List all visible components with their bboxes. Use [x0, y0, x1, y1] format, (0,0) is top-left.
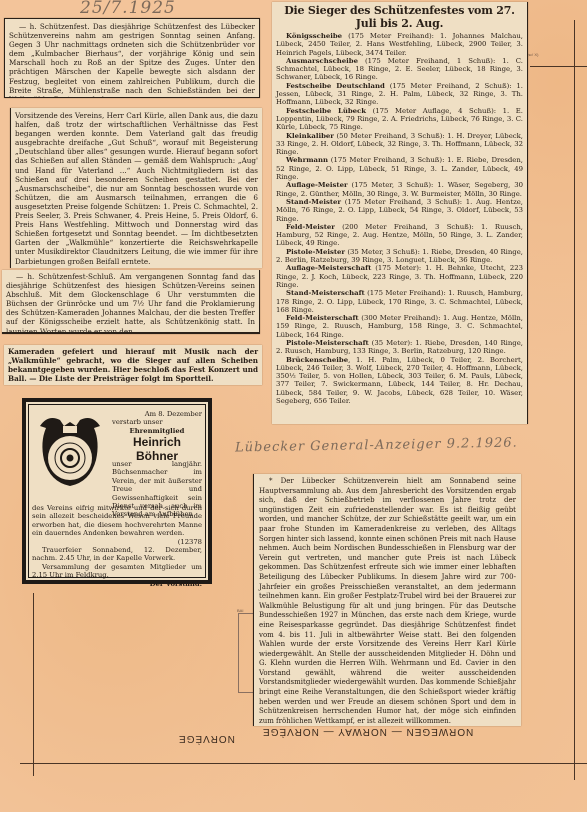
- winners-entry: Stand-Meister (175 Meter Freihand, 3 Sch…: [276, 198, 523, 223]
- clipping-schuetzenfest-part1: — h. Schützenfest. Das diesjährige Schüt…: [4, 18, 260, 98]
- winners-entry: Festscheibe Lübeck (175 Meter Auflage, 4…: [276, 107, 523, 132]
- eagle-target-emblem-icon: [34, 412, 106, 492]
- notice-funeral: Trauerfeier Sonnabend, 12. Dezember, nac…: [32, 546, 202, 563]
- album-rule-top-right: [530, 66, 587, 67]
- notice-body-text: des Vereins eifrig mitwirkte und der sic…: [32, 504, 202, 538]
- album-rule-bottom: [20, 763, 587, 764]
- winners-entry: Feld-Meister (200 Meter Freihand, 3 Schu…: [276, 223, 523, 248]
- clipping-schuetzenfest-schluss: — h. Schützenfest-Schluß. Am vergangenen…: [2, 270, 260, 334]
- clipping-sieger-liste: Die Sieger des Schützenfestes vom 27. Ju…: [272, 2, 528, 424]
- notice-line-2: verstarb unser: [112, 418, 202, 426]
- clipping-kameraden: Kameraden gefeiert und hierauf mit Musik…: [4, 345, 262, 385]
- winners-list: Königsscheibe (175 Meter Freihand): 1. J…: [276, 32, 523, 405]
- album-mark-top: (so' X): [527, 52, 538, 57]
- clipping-hauptversammlung: * Der Lübecker Schützenverein hielt am S…: [253, 474, 521, 726]
- album-rule-right: [574, 20, 575, 780]
- winners-entry: Pistole-Meister (35 Meter, 3 Schuß): 1. …: [276, 248, 523, 265]
- notice-signature: Der Vorstand.: [32, 580, 202, 588]
- handwritten-date: 25/7.1925: [80, 0, 176, 18]
- notice-assembly: Versammlung der gesamten Mitglieder um 2…: [32, 563, 202, 580]
- winners-entry: Königsscheibe (175 Meter Freihand): 1. J…: [276, 32, 523, 57]
- album-rule-left: [33, 593, 34, 776]
- winners-headline: Die Sieger des Schützenfestes vom 27. Ju…: [276, 4, 523, 30]
- winners-entry: Kleinkaliber (50 Meter Freihand, 3 Schuß…: [276, 132, 523, 157]
- winners-entry: Auflage-Meisterschaft (175 Meter): 1. H.…: [276, 264, 523, 289]
- notice-body-full: des Vereins eifrig mitwirkte und der sic…: [32, 504, 202, 588]
- winners-entry: Stand-Meisterschaft (175 Meter Freihand)…: [276, 289, 523, 314]
- winners-entry: Feld-Meisterschaft (300 Meter Freihand):…: [276, 314, 523, 339]
- obituary-notice: Am 8. Dezember verstarb unser Ehrenmitgl…: [22, 398, 212, 584]
- winners-entry: Festscheibe Deutschland (175 Meter Freih…: [276, 82, 523, 107]
- album-side-box: [238, 613, 254, 693]
- article-text: Kameraden gefeiert und hierauf mit Musik…: [8, 347, 258, 383]
- article-text: * Der Lübecker Schützenverein hielt am S…: [259, 477, 516, 726]
- album-label-left: NORVÈGE: [178, 733, 235, 744]
- article-text: Vorsitzende des Vereins, Herr Carl Kürle…: [15, 111, 258, 266]
- article-text: — h. Schützenfest. Das diesjährige Schüt…: [9, 22, 255, 98]
- winners-entry: Pistole-Meisterschaft (35 Meter): 1. Rie…: [276, 339, 523, 356]
- notice-ref-number: (12378: [32, 538, 202, 546]
- notice-line-3: Ehrenmitglied: [112, 427, 202, 435]
- winners-entry: Auflage-Meister (175 Meter, 3 Schuß): 1.…: [276, 181, 523, 198]
- winners-entry: Brückenscheibe, 1. H. Palm, Lübeck, 0 Te…: [276, 356, 523, 406]
- winners-entry: Wehrmann (175 Meter Freihand, 3 Schuß): …: [276, 156, 523, 181]
- winners-entry: Ausmarschscheibe (175 Meter Freihand, 1 …: [276, 57, 523, 82]
- article-text: — h. Schützenfest-Schluß. Am vergangenen…: [6, 272, 255, 334]
- handwritten-source: Lübecker General-Anzeiger 9.2.1926.: [235, 436, 518, 456]
- scrapbook-page: (so' X) BAI 25/7.1925 Lübecker General-A…: [0, 0, 587, 812]
- clipping-schuetzenfest-part2: Vorsitzende des Vereins, Herr Carl Kürle…: [10, 108, 262, 268]
- notice-header: Am 8. Dezember verstarb unser Ehrenmitgl…: [112, 410, 202, 463]
- notice-line-1: Am 8. Dezember: [112, 410, 202, 418]
- album-label-bottom: NORWEGEN — NORWAY — NORVÈGE: [262, 726, 473, 737]
